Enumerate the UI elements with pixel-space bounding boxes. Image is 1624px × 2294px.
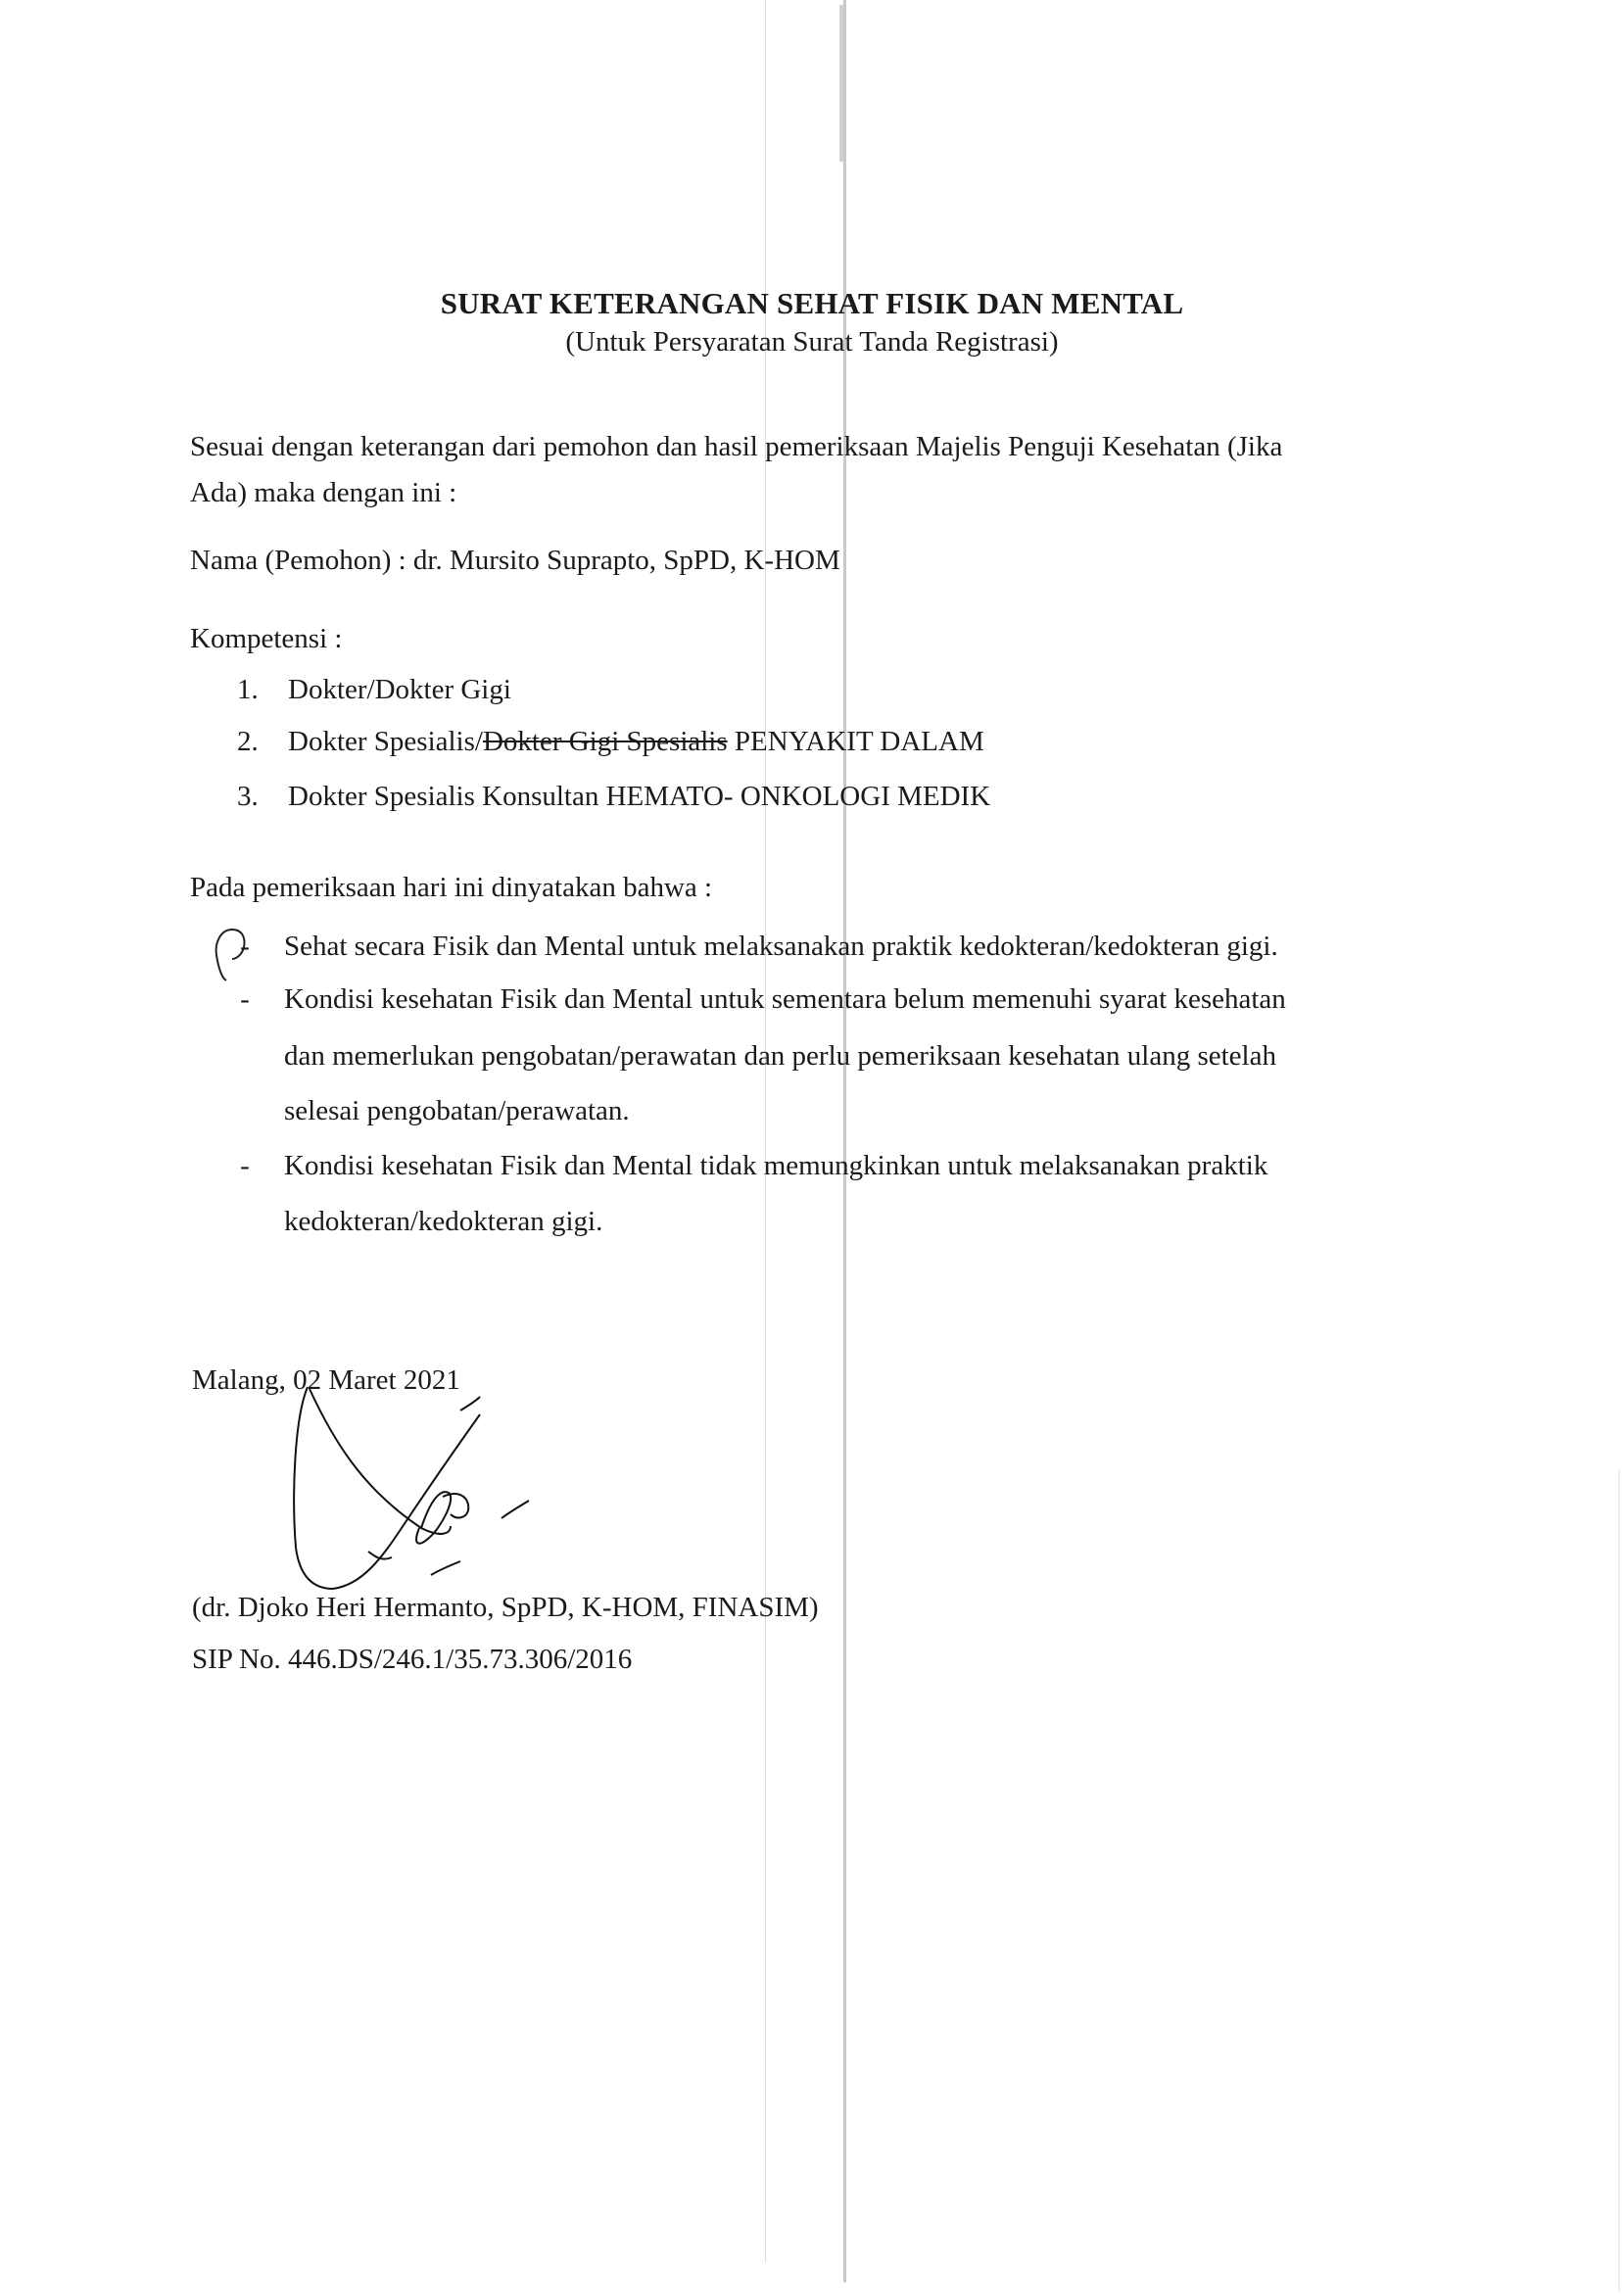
- sip-number: SIP No. 446.DS/246.1/35.73.306/2016: [192, 1644, 632, 1676]
- option-text: Kondisi kesehatan Fisik dan Mental untuk…: [284, 983, 1286, 1016]
- option-text: Kondisi kesehatan Fisik dan Mental tidak…: [284, 1150, 1267, 1182]
- kompetensi-label: Kompetensi :: [190, 623, 342, 655]
- option-dash: -: [235, 983, 255, 1016]
- pemeriksaan-label: Pada pemeriksaan hari ini dinyatakan bah…: [190, 872, 712, 904]
- list-number: 3.: [237, 781, 276, 813]
- kompetensi-text-after: PENYAKIT DALAM: [728, 726, 984, 757]
- kompetensi-text: Dokter Spesialis/Dokter Gigi Spesialis P…: [288, 726, 984, 758]
- document-subtitle: (Untuk Persyaratan Surat Tanda Registras…: [0, 326, 1624, 358]
- intro-text: Ada) maka dengan ini :: [190, 477, 456, 509]
- option-text: Sehat secara Fisik dan Mental untuk mela…: [284, 931, 1278, 963]
- option-dash: -: [235, 1150, 255, 1182]
- option-text-continued: selesai pengobatan/perawatan.: [284, 1095, 630, 1127]
- intro-text: Sesuai dengan keterangan dari pemohon da…: [190, 431, 1282, 463]
- scan-edge-line: [1618, 1469, 1620, 2292]
- document-title: SURAT KETERANGAN SEHAT FISIK DAN MENTAL: [0, 286, 1624, 321]
- list-number: 1.: [237, 674, 276, 706]
- signer-name: (dr. Djoko Heri Hermanto, SpPD, K-HOM, F…: [192, 1592, 819, 1624]
- option-dash: -: [235, 931, 255, 963]
- kompetensi-text: Dokter Spesialis Konsultan HEMATO- ONKOL…: [288, 781, 990, 813]
- applicant-name: Nama (Pemohon) : dr. Mursito Suprapto, S…: [190, 545, 840, 577]
- kompetensi-text: Dokter/Dokter Gigi: [288, 674, 511, 706]
- option-text-continued: kedokteran/kedokteran gigi.: [284, 1206, 602, 1238]
- scan-fold-line: [839, 5, 843, 162]
- struck-text: Dokter Gigi Spesialis: [483, 726, 728, 757]
- signature-icon: [274, 1381, 607, 1597]
- kompetensi-text-before: Dokter Spesialis/: [288, 726, 483, 757]
- list-number: 2.: [237, 726, 276, 758]
- option-text-continued: dan memerlukan pengobatan/perawatan dan …: [284, 1040, 1276, 1073]
